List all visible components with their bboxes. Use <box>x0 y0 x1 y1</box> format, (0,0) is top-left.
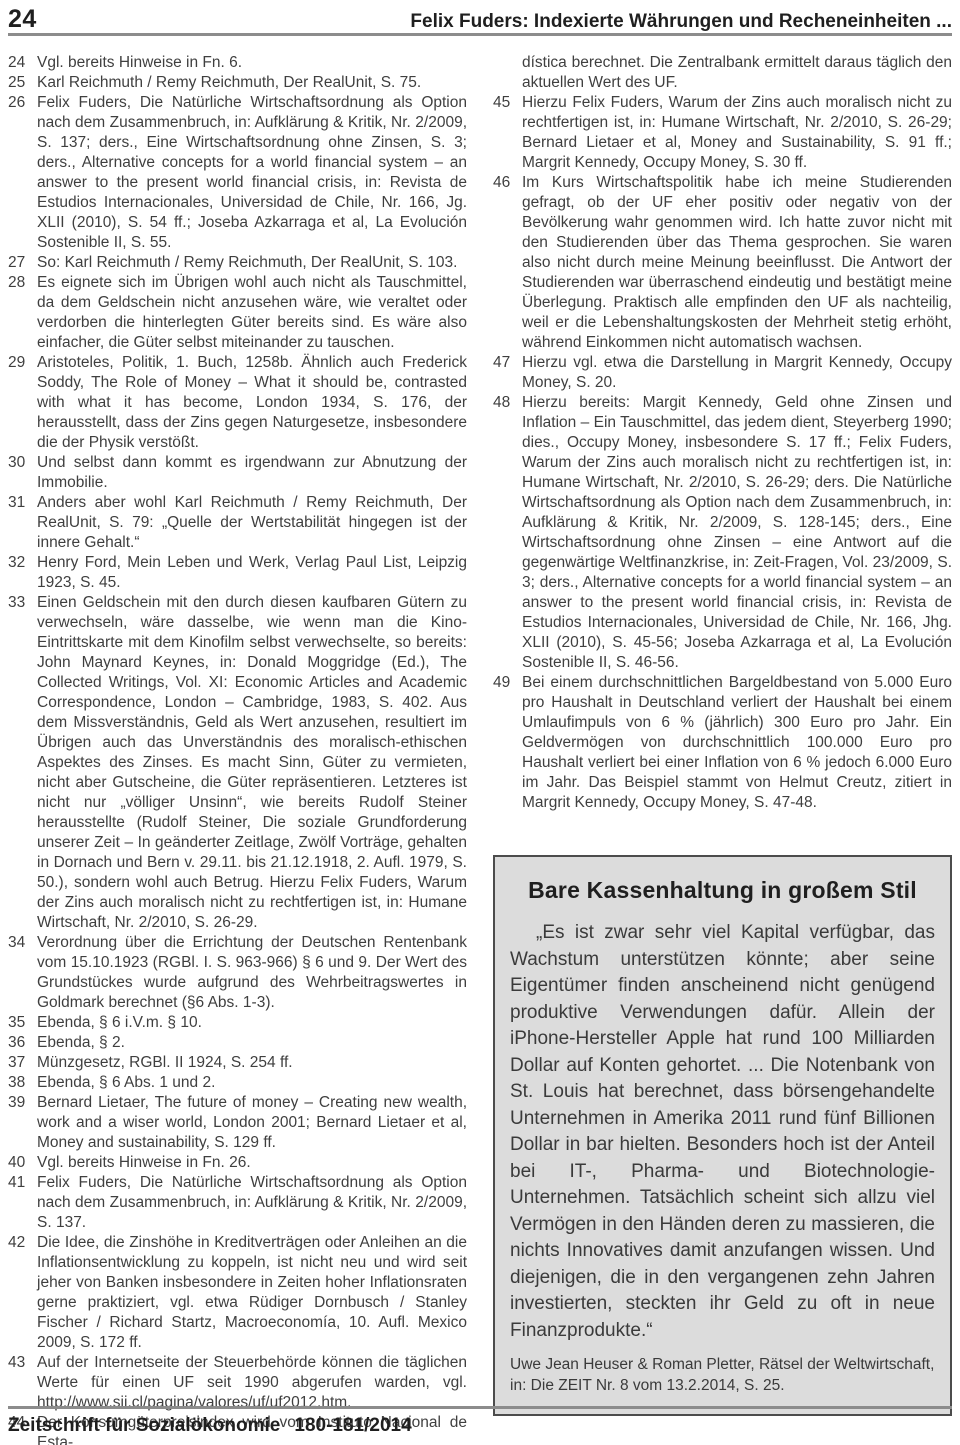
footnote-number: 28 <box>8 273 37 293</box>
left-footnote-list: 24Vgl. bereits Hinweise in Fn. 6. 25Karl… <box>8 53 467 1445</box>
footnote-item: 29Aristoteles, Politik, 1. Buch, 1258b. … <box>8 353 467 453</box>
footnote-number: 49 <box>493 673 522 693</box>
right-column: dística berechnet. Die Zentralbank ermit… <box>493 53 952 1445</box>
footnote-number: 29 <box>8 353 37 373</box>
right-footnote-list: 45Hierzu Felix Fuders, Warum der Zins au… <box>493 93 952 813</box>
highlight-box-title: Bare Kassenhaltung in großem Stil <box>510 877 935 904</box>
footnote-text: Bernard Lietaer, The future of money – C… <box>37 1094 467 1151</box>
footnote-number: 47 <box>493 353 522 373</box>
footnote-item: 26Felix Fuders, Die Natürliche Wirtschaf… <box>8 93 467 253</box>
footnote-item: 30Und selbst dann kommt es irgendwann zu… <box>8 453 467 493</box>
footnote-number: 43 <box>8 1353 37 1373</box>
footnote-text: Auf der Internetseite der Steuerbehörde … <box>37 1354 467 1411</box>
footnote-text: Felix Fuders, Die Natürliche Wirtschafts… <box>37 1174 467 1231</box>
footnote-item: 37Münzgesetz, RGBl. II 1924, S. 254 ff. <box>8 1053 467 1073</box>
footnote-text: So: Karl Reichmuth / Remy Reichmuth, Der… <box>37 254 457 271</box>
footnote-number: 33 <box>8 593 37 613</box>
footnote-item: 35Ebenda, § 6 i.V.m. § 10. <box>8 1013 467 1033</box>
footnote-number: 36 <box>8 1033 37 1053</box>
footnote-text: Vgl. bereits Hinweise in Fn. 6. <box>37 54 242 71</box>
footnote-number: 39 <box>8 1093 37 1113</box>
footnote-item: 39Bernard Lietaer, The future of money –… <box>8 1093 467 1153</box>
footnote-text: Hierzu Felix Fuders, Warum der Zins auch… <box>522 94 952 171</box>
footnote-text: Anders aber wohl Karl Reichmuth / Remy R… <box>37 494 467 551</box>
footnote-text: Felix Fuders, Die Natürliche Wirtschafts… <box>37 94 467 251</box>
footnote-item: 43Auf der Internetseite der Steuerbehörd… <box>8 1353 467 1413</box>
document-page: 24 Felix Fuders: Indexierte Währungen un… <box>0 0 960 1445</box>
footnote-item: 49Bei einem durchschnittlichen Bargeldbe… <box>493 673 952 813</box>
footnote-text: Hierzu bereits: Margit Kennedy, Geld ohn… <box>522 394 952 671</box>
footnote-number: 41 <box>8 1173 37 1193</box>
footnote-item: 28Es eignete sich im Übrigen wohl auch n… <box>8 273 467 353</box>
footnote-item: 47Hierzu vgl. etwa die Darstellung in Ma… <box>493 353 952 393</box>
footnote-item: 36Ebenda, § 2. <box>8 1033 467 1053</box>
footnote-number: 35 <box>8 1013 37 1033</box>
footnote-text: Die Idee, die Zinshöhe in Kreditverträge… <box>37 1234 467 1351</box>
footnote-number: 24 <box>8 53 37 73</box>
footnote-text: Bei einem durchschnittlichen Bargeldbest… <box>522 674 952 811</box>
highlight-box-source: Uwe Jean Heuser & Roman Pletter, Rätsel … <box>510 1354 935 1396</box>
footnote-text: Karl Reichmuth / Remy Reichmuth, Der Rea… <box>37 74 421 91</box>
footnote-number: 42 <box>8 1233 37 1253</box>
footnote-continuation: dística berechnet. Die Zentralbank ermit… <box>493 53 952 93</box>
page-footer: Zeitschrift für Sozialökonomie180-181/20… <box>8 1406 952 1445</box>
footnote-text: Verordnung über die Errichtung der Deuts… <box>37 934 467 1011</box>
journal-name: Zeitschrift für Sozialökonomie <box>8 1415 280 1436</box>
footnote-item: 48Hierzu bereits: Margit Kennedy, Geld o… <box>493 393 952 673</box>
footnote-item: 38Ebenda, § 6 Abs. 1 und 2. <box>8 1073 467 1093</box>
footnote-item: 40Vgl. bereits Hinweise in Fn. 26. <box>8 1153 467 1173</box>
footnote-item: 27So: Karl Reichmuth / Remy Reichmuth, D… <box>8 253 467 273</box>
footnote-number: 38 <box>8 1073 37 1093</box>
footnote-number: 48 <box>493 393 522 413</box>
footnote-number: 26 <box>8 93 37 113</box>
footnote-number: 40 <box>8 1153 37 1173</box>
footnote-text: Im Kurs Wirtschaftspolitik habe ich mein… <box>522 174 952 351</box>
footnote-text: Münzgesetz, RGBl. II 1924, S. 254 ff. <box>37 1054 293 1071</box>
footnote-text: Henry Ford, Mein Leben und Werk, Verlag … <box>37 554 467 591</box>
footnote-text: Und selbst dann kommt es irgendwann zur … <box>37 454 467 491</box>
footnote-item: 25Karl Reichmuth / Remy Reichmuth, Der R… <box>8 73 467 93</box>
footnote-number: 25 <box>8 73 37 93</box>
footnote-item: 24Vgl. bereits Hinweise in Fn. 6. <box>8 53 467 73</box>
running-title: Felix Fuders: Indexierte Währungen und R… <box>410 11 952 33</box>
footnote-item: 46Im Kurs Wirtschaftspolitik habe ich me… <box>493 173 952 353</box>
footnote-text: Ebenda, § 2. <box>37 1034 125 1051</box>
footnote-item: 41Felix Fuders, Die Natürliche Wirtschaf… <box>8 1173 467 1233</box>
header-rule <box>8 33 952 36</box>
footnote-item: 33Einen Geldschein mit den durch diesen … <box>8 593 467 933</box>
page-number: 24 <box>8 5 37 34</box>
footnote-item: 32Henry Ford, Mein Leben und Werk, Verla… <box>8 553 467 593</box>
footnote-text: Ebenda, § 6 Abs. 1 und 2. <box>37 1074 215 1091</box>
footnote-number: 27 <box>8 253 37 273</box>
footnote-number: 32 <box>8 553 37 573</box>
footnote-item: 45Hierzu Felix Fuders, Warum der Zins au… <box>493 93 952 173</box>
footnote-item: 31Anders aber wohl Karl Reichmuth / Remy… <box>8 493 467 553</box>
footer-text: Zeitschrift für Sozialökonomie180-181/20… <box>8 1409 952 1445</box>
footnote-item: 34Verordnung über die Errichtung der Deu… <box>8 933 467 1013</box>
footnote-text: Vgl. bereits Hinweise in Fn. 26. <box>37 1154 251 1171</box>
footnote-text: Ebenda, § 6 i.V.m. § 10. <box>37 1014 202 1031</box>
footnote-text: Es eignete sich im Übrigen wohl auch nic… <box>37 274 467 351</box>
footnote-number: 45 <box>493 93 522 113</box>
footnote-number: 46 <box>493 173 522 193</box>
page-header: 24 Felix Fuders: Indexierte Währungen un… <box>8 0 952 33</box>
footnote-number: 31 <box>8 493 37 513</box>
footnote-text: Aristoteles, Politik, 1. Buch, 1258b. Äh… <box>37 354 467 451</box>
footnote-text: Einen Geldschein mit den durch diesen ka… <box>37 594 467 931</box>
footnote-number: 30 <box>8 453 37 473</box>
footnote-item: 42Die Idee, die Zinshöhe in Kreditverträ… <box>8 1233 467 1353</box>
footnote-text: Hierzu vgl. etwa die Darstellung in Marg… <box>522 354 952 391</box>
issue-number: 180-181/2014 <box>294 1415 411 1436</box>
left-column: 24Vgl. bereits Hinweise in Fn. 6. 25Karl… <box>8 53 467 1445</box>
two-column-layout: 24Vgl. bereits Hinweise in Fn. 6. 25Karl… <box>8 53 952 1445</box>
footnote-number: 34 <box>8 933 37 953</box>
highlight-box: Bare Kassenhaltung in großem Stil „Es is… <box>493 855 952 1416</box>
footnote-number: 37 <box>8 1053 37 1073</box>
highlight-box-quote: „Es ist zwar sehr viel Kapital verfügbar… <box>510 920 935 1344</box>
